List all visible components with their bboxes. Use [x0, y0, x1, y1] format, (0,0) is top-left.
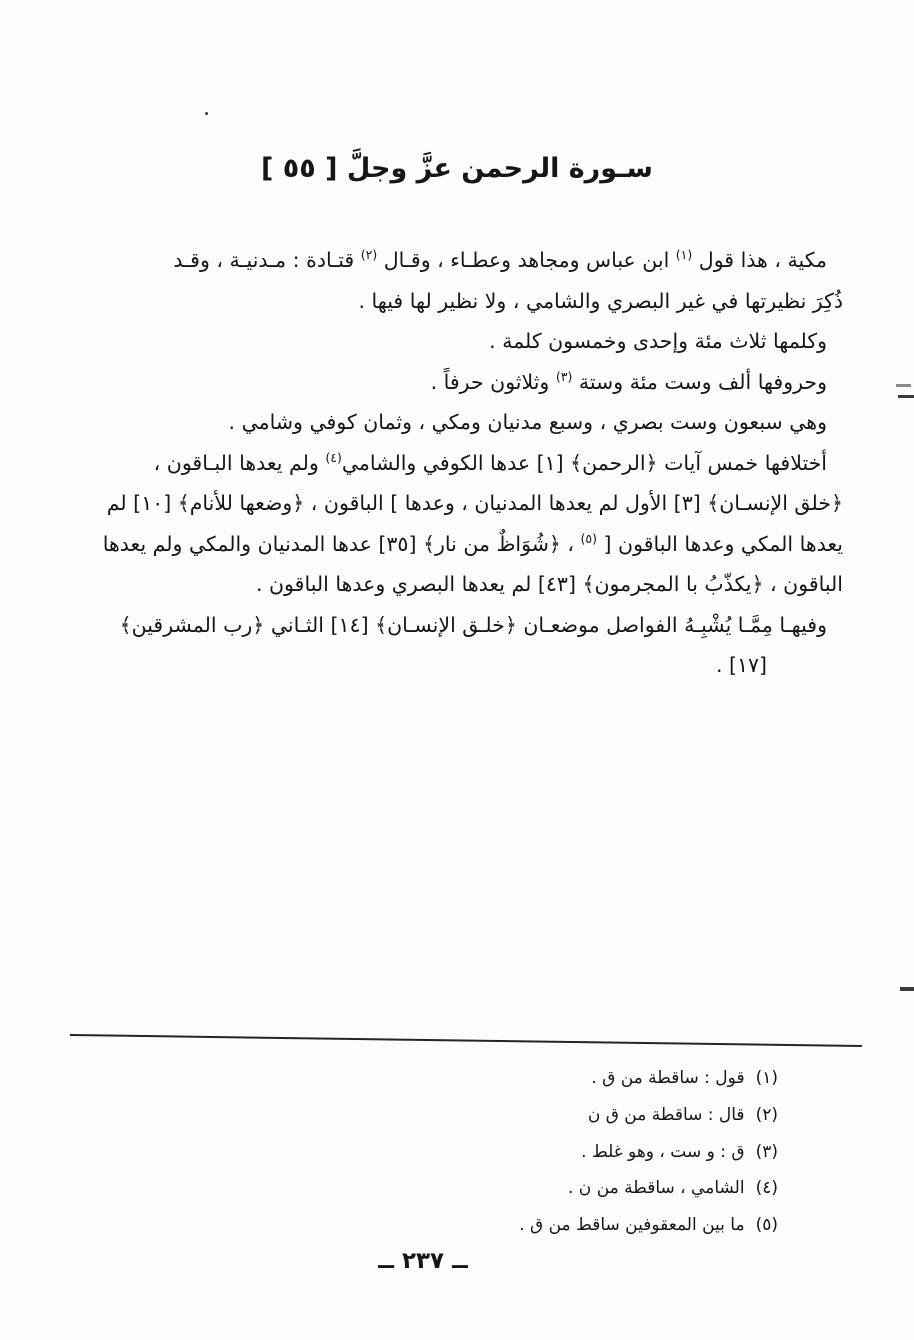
- body-line: وكلمها ثلاث مئة وإحدى وخمسون كلمة .: [71, 321, 843, 362]
- footnote-marker: (٣): [556, 369, 573, 384]
- scan-edge-mark: [896, 384, 911, 387]
- footnote-number: (٢): [756, 1097, 778, 1134]
- body-line: الباقون ، ﴿يكذّبُ با المجرمون﴾ [٤٣] لم ي…: [71, 564, 843, 605]
- body-line: ذُكِرَ نظيرتها في غير البصري والشامي ، و…: [71, 281, 843, 322]
- body-line: أختلافها خمس آيات ﴿الرحمن﴾ [١] عدها الكو…: [71, 443, 843, 484]
- body-line: يعدها المكي وعدها الباقون [ (٥) ، ﴿شُوَا…: [71, 524, 843, 565]
- body-text: مكية ، هذا قول (١) ابن عباس ومجاهد وعطـا…: [71, 240, 843, 686]
- footnote-text: الشامي ، ساقطة من ن .: [568, 1178, 745, 1198]
- footnote-item: (٣)ق : و ست ، وهو غلط .: [519, 1134, 778, 1171]
- body-line: وحروفها ألف وست مئة وستة (٣) وثلاثون حرف…: [71, 362, 843, 403]
- scan-speck: [205, 112, 208, 115]
- footnote-marker: (٢): [361, 247, 378, 262]
- footnote-item: (١)قول : ساقطة من ق .: [519, 1060, 778, 1097]
- footnote-marker: (٥): [581, 531, 598, 546]
- footnote-text: ق : و ست ، وهو غلط .: [581, 1142, 744, 1162]
- body-line: مكية ، هذا قول (١) ابن عباس ومجاهد وعطـا…: [71, 240, 843, 281]
- scan-edge-mark: [900, 987, 914, 991]
- footnote-marker: (١): [676, 247, 693, 262]
- footnote-text: قال : ساقطة من ق ن: [588, 1105, 745, 1125]
- page-number: ــ ٢٣٧ ــ: [0, 1248, 846, 1274]
- body-line: وهي سبعون وست بصري ، وسبع مدنيان ومكي ، …: [71, 402, 843, 443]
- scan-edge-mark: [898, 395, 914, 398]
- footnote-number: (٣): [756, 1134, 778, 1171]
- footnote-marker: (٤): [325, 450, 342, 465]
- body-line-verse-ref: [١٧] .: [71, 645, 843, 686]
- footnote-separator: [70, 1034, 862, 1047]
- body-line: وفيهـا مِمَّـا يُشْبِـهُ الفواصل موضعـان…: [71, 605, 843, 646]
- footnote-item: (٥)ما بين المعقوفين ساقط من ق .: [519, 1207, 778, 1244]
- footnote-number: (٤): [756, 1170, 778, 1207]
- footnote-text: ما بين المعقوفين ساقط من ق .: [519, 1215, 744, 1235]
- footnote-item: (٢)قال : ساقطة من ق ن: [519, 1097, 778, 1134]
- footnote-item: (٤)الشامي ، ساقطة من ن .: [519, 1170, 778, 1207]
- footnotes-block: (١)قول : ساقطة من ق . (٢)قال : ساقطة من …: [519, 1060, 778, 1244]
- footnote-number: (١): [756, 1060, 778, 1097]
- scanned-book-page: سـورة الرحمن عزَّ وجلَّ [ ٥٥ ] مكية ، هذ…: [0, 0, 914, 1340]
- body-line: ﴿خلق الإنسـان﴾ [٣] الأول لم يعدها المدني…: [71, 483, 843, 524]
- footnote-number: (٥): [756, 1207, 778, 1244]
- footnote-text: قول : ساقطة من ق .: [591, 1068, 744, 1088]
- surah-title: سـورة الرحمن عزَّ وجلَّ [ ٥٥ ]: [0, 153, 914, 184]
